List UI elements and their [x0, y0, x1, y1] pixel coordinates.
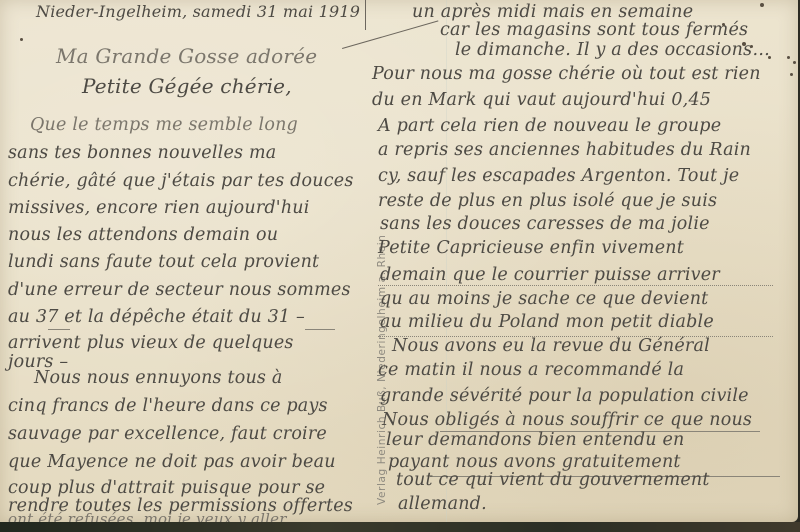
foxing-speck	[790, 73, 793, 76]
foxing-speck	[750, 45, 753, 48]
right-line: payant nous avons gratuitement	[388, 452, 681, 472]
right-line: allemand.	[398, 494, 487, 514]
right-line: un après midi mais en semaine	[412, 2, 693, 22]
date-bracket-mark	[365, 0, 366, 30]
right-line: Pour nous ma gosse chérie où tout est ri…	[372, 64, 761, 84]
left-line: chérie, gâté que j'étais par tes douces	[8, 171, 354, 191]
right-line: Nous avons eu la revue du Général	[392, 336, 710, 356]
scan-bottom-edge	[0, 522, 800, 532]
left-line: ont été refusées, moi je veux y aller	[8, 510, 287, 522]
left-line: missives, encore rien aujourd'hui	[8, 198, 310, 218]
foxing-speck	[20, 38, 23, 41]
left-line: lundi sans faute tout cela provient	[8, 252, 319, 272]
left-line: Que le temps me semble long	[30, 115, 298, 135]
left-line: coup plus d'attrait puisque pour se	[8, 478, 325, 498]
foxing-speck	[742, 42, 746, 46]
right-line: car les magasins sont tous fermés	[440, 20, 748, 40]
right-line: a repris ses anciennes habitudes du Rain	[378, 140, 751, 160]
salutation-line-1: Ma Grande Gosse adorée	[56, 44, 317, 68]
right-line: sans les douces caresses de ma jolie	[380, 214, 710, 234]
left-line: sauvage par excellence, faut croire	[8, 424, 327, 444]
right-line: A part cela rien de nouveau le groupe	[378, 116, 721, 136]
salutation-line-2: Petite Gégée chérie,	[82, 74, 292, 98]
left-line: cinq francs de l'heure dans ce pays	[8, 396, 328, 416]
left-line: Nous nous ennuyons tous à	[34, 368, 283, 388]
underline-37	[48, 329, 70, 330]
place-date: Nieder-Ingelheim, samedi 31 mai 1919	[36, 2, 360, 21]
right-line: reste de plus en plus isolé que je suis	[378, 191, 717, 211]
right-line: le dimanche. Il y a des occasions…	[455, 40, 770, 60]
right-line: au milieu du Poland mon petit diable	[380, 312, 714, 332]
left-line: que Mayence ne doit pas avoir beau	[8, 452, 336, 472]
right-line: demain que le courrier puisse arriver	[380, 265, 720, 285]
left-line: arrivent plus vieux de quelques	[8, 333, 294, 353]
left-line: sans tes bonnes nouvelles ma	[8, 143, 276, 163]
right-line: Petite Capricieuse enfin vivement	[378, 238, 684, 258]
right-line: tout ce qui vient du gouvernement	[396, 470, 710, 490]
postcard: Nieder-Ingelheim, samedi 31 mai 1919 Ma …	[0, 0, 798, 522]
right-line: leur demandons bien entendu en	[386, 430, 685, 450]
right-line: grande sévérité pour la population civil…	[380, 386, 749, 406]
foxing-speck	[768, 56, 771, 59]
dotted-rule	[378, 285, 773, 286]
foxing-speck	[722, 23, 725, 26]
right-line: ce matin il nous a recommandé la	[378, 360, 684, 380]
right-line: Nous obligés à nous souffrir ce que nous	[382, 410, 752, 430]
underline-31	[305, 329, 335, 330]
left-line: d'une erreur de secteur nous sommes	[8, 280, 351, 300]
left-line: nous les attendons demain ou	[8, 225, 278, 245]
foxing-speck	[793, 61, 796, 64]
right-line: du en Mark qui vaut aujourd'hui 0,45	[372, 90, 711, 110]
date-stroke-mark	[342, 20, 438, 49]
foxing-speck	[760, 3, 764, 7]
right-line: qu au moins je sache ce que devient	[380, 289, 708, 309]
left-line: au 37 et la dépêche était du 31 –	[8, 307, 305, 327]
foxing-speck	[787, 56, 790, 59]
right-line: cy, sauf les escapades Argenton. Tout je	[378, 166, 739, 186]
